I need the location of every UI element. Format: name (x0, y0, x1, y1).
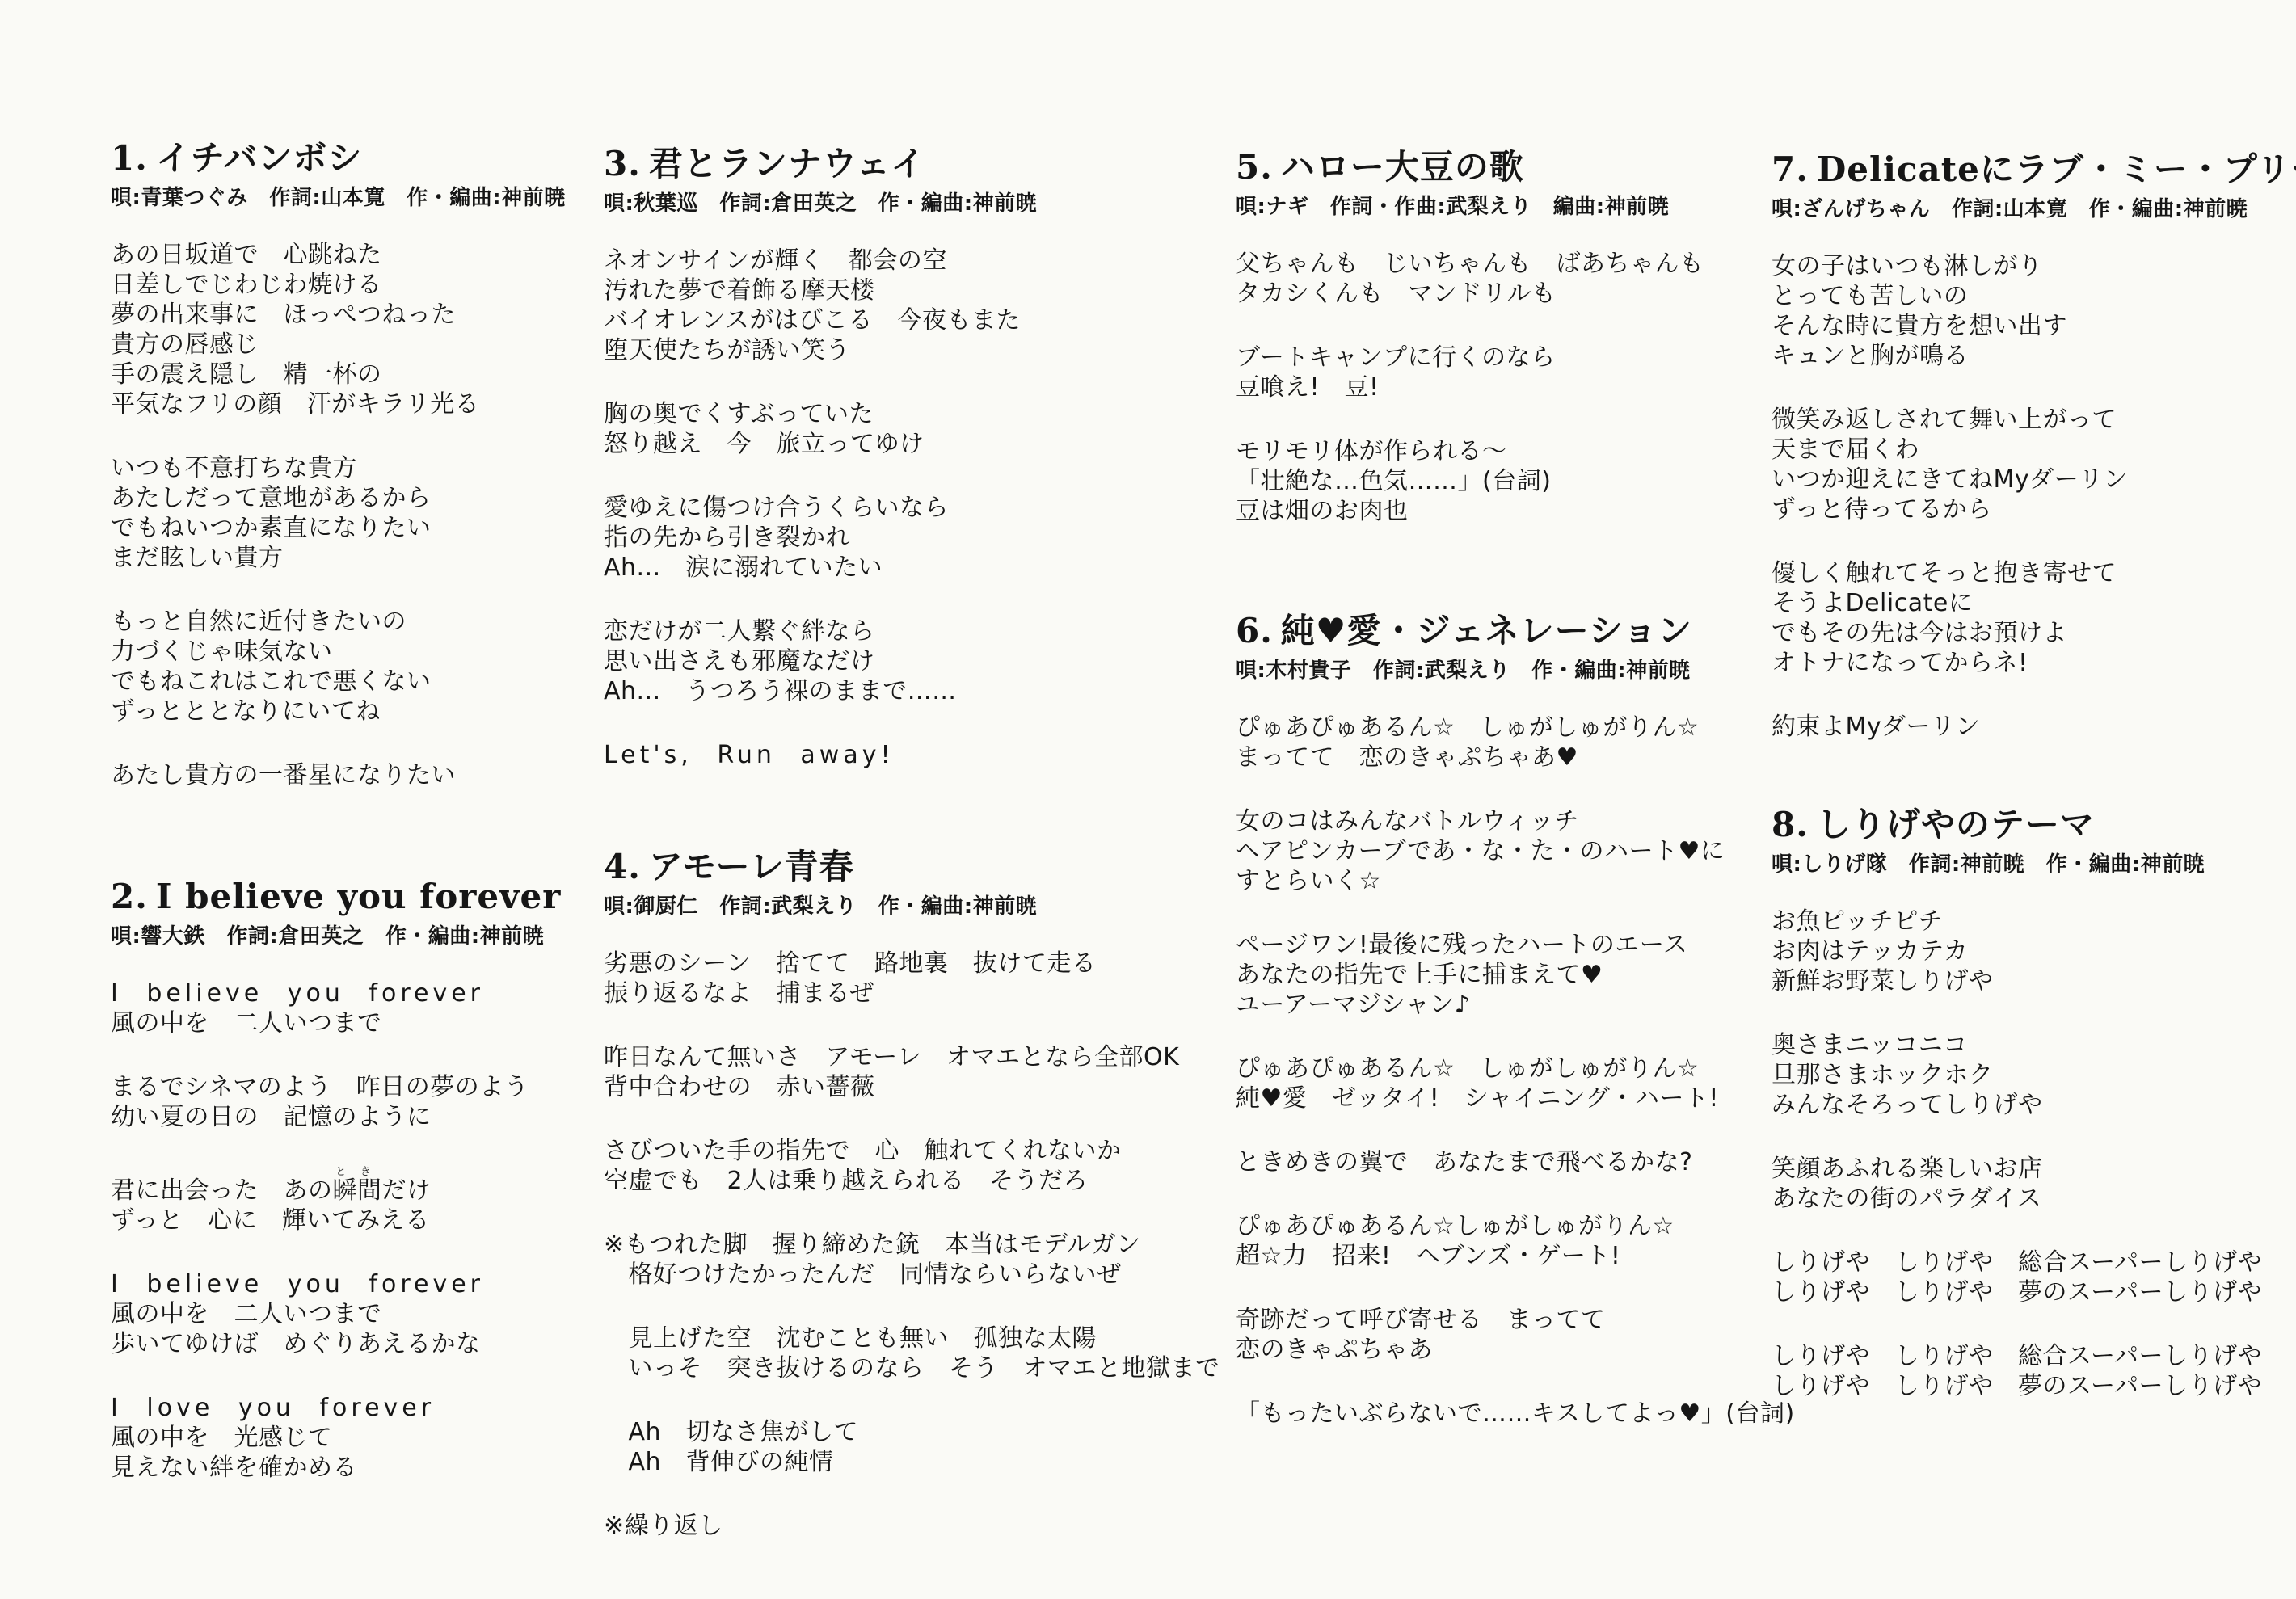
lyrics-stanza: 胸の奥でくすぶっていた怒り越え 今 旅立ってゆけ (604, 399, 1037, 459)
song-section: 4.アモーレ青春唄:御厨仁 作詞:武梨えり 作・編曲:神前暁劣悪のシーン 捨てて… (604, 848, 1220, 1541)
lyric-line: 見えない絆を確かめる (111, 1453, 561, 1483)
lyric-line: 風の中を 二人いつまで (111, 1299, 561, 1329)
lyric-line: 昨日なんて無いさ アモーレ オマエとなら全部OK (604, 1042, 1220, 1072)
song-title: 5.ハロー大豆の歌 (1236, 148, 1704, 187)
lyric-line: そんな時に貴方を想い出す (1772, 311, 2296, 341)
lyrics-stanza: 「もったいぶらないで……キスしてよっ♥」(台詞) (1236, 1399, 1795, 1429)
lyric-line: Let's, Run away! (604, 740, 1037, 770)
lyric-line: あの日坂道で 心跳ねた (111, 240, 566, 270)
lyrics-stanza: ページワン!最後に残ったハートのエースあなたの指先で上手に捕まえて♥ユーアーマジ… (1236, 930, 1795, 1020)
lyric-line: ぴゅあぴゅあるん☆ しゅがしゅがりん☆ (1236, 713, 1795, 743)
lyric-line: モリモリ体が作られる～ (1236, 436, 1704, 466)
lyric-line: バイオレンスがはびこる 今夜もまた (604, 305, 1037, 335)
lyric-line: いっそ 突き抜けるのなら そう オマエと地獄まで (604, 1353, 1220, 1383)
lyric-line: 貴方の唇感じ (111, 330, 566, 360)
lyric-line: 劣悪のシーン 捨てて 路地裏 抜けて走る (604, 949, 1220, 978)
lyric-line: いつか迎えにきてねMyダーリン (1772, 465, 2296, 494)
song-credits: 唄:御厨仁 作詞:武梨えり 作・編曲:神前暁 (604, 893, 1220, 920)
lyric-line: でもねいつか素直になりたい (111, 513, 566, 543)
lyric-line: まってて 恋のきゃぷちゃあ♥ (1236, 743, 1795, 772)
lyric-line: 奇跡だって呼び寄せる まってて (1236, 1305, 1795, 1335)
lyric-line: もっと自然に近付きたいの (111, 607, 566, 637)
lyrics-stanza: 奇跡だって呼び寄せる まってて恋のきゃぷちゃあ (1236, 1305, 1795, 1365)
track-number: 4. (604, 847, 641, 886)
track-number: 8. (1772, 805, 1809, 844)
lyric-line: 歩いてゆけば めぐりあえるかな (111, 1329, 561, 1359)
lyric-line: そうよDelicateに (1772, 588, 2296, 618)
lyric-line: ずっと 心に 輝いてみえる (111, 1206, 561, 1235)
lyric-line: ネオンサインが輝く 都会の空 (604, 246, 1037, 276)
lyric-line: 約束よMyダーリン (1772, 712, 2296, 742)
song-title: 3.君とランナウェイ (604, 145, 1037, 183)
lyric-line: 天まで届くわ (1772, 435, 2296, 465)
lyrics-stanza: 恋だけが二人繋ぐ絆なら思い出さえも邪魔なだけAh... うつろう裸のままで…… (604, 616, 1037, 706)
lyric-line: 女の子はいつも淋しがり (1772, 251, 2296, 281)
lyrics-stanza: ブートキャンプに行くのなら豆喰え! 豆! (1236, 343, 1704, 402)
lyrics-stanza: ぴゅあぴゅあるん☆ しゅがしゅがりん☆まってて 恋のきゃぷちゃあ♥ (1236, 713, 1795, 772)
lyrics-stanza: 君に出会った あの瞬間ときだけずっと 心に 輝いてみえる (111, 1166, 561, 1235)
lyric-line: お魚ピッチピチ (1772, 907, 2262, 936)
lyrics-stanza: ※繰り返し (604, 1511, 1220, 1541)
lyric-line: でもねこれはこれで悪くない (111, 667, 566, 696)
song-section: 6.純♥愛・ジェネレーション唄:木村貴子 作詞:武梨えり 作・編曲:神前暁ぴゅあ… (1236, 612, 1795, 1429)
lyric-line: I believe you forever (111, 1269, 561, 1299)
lyric-line: しりげや しりげや 夢のスーパーしりげや (1772, 1277, 2262, 1307)
track-number: 1. (111, 138, 148, 178)
lyrics-stanza: I believe you forever風の中を 二人いつまで歩いてゆけば め… (111, 1269, 561, 1359)
lyrics-stanza: 昨日なんて無いさ アモーレ オマエとなら全部OK背中合わせの 赤い薔薇 (604, 1042, 1220, 1102)
lyrics-stanza: あの日坂道で 心跳ねた日差しでじわじわ焼ける夢の出来事に ほっぺつねった貴方の唇… (111, 240, 566, 419)
lyric-line: 風の中を 二人いつまで (111, 1008, 561, 1038)
lyrics-stanza: 女のコはみんなバトルウィッチヘアピンカーブであ・な・た・のハート♥にすとらいく☆ (1236, 806, 1795, 896)
lyrics-stanza: ぴゅあぴゅあるん☆しゅがしゅがりん☆超☆力 招来! ヘブンズ・ゲート! (1236, 1211, 1795, 1271)
lyric-line: Ah... うつろう裸のままで…… (604, 676, 1037, 706)
lyric-line: 空虚でも 2人は乗り越えられる そうだろ (604, 1166, 1220, 1196)
lyric-line: 怒り越え 今 旅立ってゆけ (604, 429, 1037, 459)
lyric-line: 父ちゃんも じいちゃんも ばあちゃんも (1236, 249, 1704, 279)
lyric-line: ヘアピンカーブであ・な・た・のハート♥に (1236, 836, 1795, 866)
lyric-line: しりげや しりげや 夢のスーパーしりげや (1772, 1371, 2262, 1401)
lyric-line: Ah 背伸びの純情 (604, 1447, 1220, 1477)
lyric-line: 豆喰え! 豆! (1236, 372, 1704, 402)
lyrics-stanza: 劣悪のシーン 捨てて 路地裏 抜けて走る振り返るなよ 捕まるぜ (604, 949, 1220, 1008)
track-title: 君とランナウェイ (649, 144, 925, 183)
lyrics-stanza: 奥さまニッコニコ旦那さまホックホクみんなそろってしりげや (1772, 1030, 2262, 1120)
lyric-line: しりげや しりげや 総合スーパーしりげや (1772, 1248, 2262, 1277)
lyrics-stanza: お魚ピッチピチお肉はテッカテカ新鮮お野菜しりげや (1772, 907, 2262, 996)
lyric-line: 力づくじゃ味気ない (111, 637, 566, 667)
lyric-line: ブートキャンプに行くのなら (1236, 343, 1704, 372)
song-section: 8.しりげやのテーマ唄:しりげ隊 作詞:神前暁 作・編曲:神前暁お魚ピッチピチお… (1772, 806, 2262, 1401)
track-title: ハロー大豆の歌 (1281, 147, 1524, 187)
lyric-line: Ah 切なさ焦がして (604, 1417, 1220, 1447)
lyric-line: 旦那さまホックホク (1772, 1060, 2262, 1090)
lyric-line: ずっと待ってるから (1772, 494, 2296, 524)
lyric-line: 微笑み返しされて舞い上がって (1772, 405, 2296, 435)
song-credits: 唄:木村貴子 作詞:武梨えり 作・編曲:神前暁 (1236, 657, 1795, 684)
lyric-line: いつも不意打ちな貴方 (111, 453, 566, 483)
lyric-line: 堕天使たちが誘い笑う (604, 335, 1037, 365)
song-credits: 唄:響大鉄 作詞:倉田英之 作・編曲:神前暁 (111, 923, 561, 950)
lyric-line: 笑顔あふれる楽しいお店 (1772, 1154, 2262, 1184)
track-number: 7. (1772, 149, 1809, 189)
song-section: 5.ハロー大豆の歌唄:ナギ 作詞・作曲:武梨えり 編曲:神前暁父ちゃんも じいち… (1236, 148, 1704, 526)
lyrics-stanza: ネオンサインが輝く 都会の空汚れた夢で着飾る摩天楼バイオレンスがはびこる 今夜も… (604, 246, 1037, 365)
lyric-line: 君に出会った あの瞬間ときだけ (111, 1166, 561, 1206)
lyrics-stanza: モリモリ体が作られる～「壮絶な…色気……」(台詞)豆は畑のお肉也 (1236, 436, 1704, 526)
lyrics-stanza: 笑顔あふれる楽しいお店あなたの街のパラダイス (1772, 1154, 2262, 1214)
lyric-line: 優しく触れてそっと抱き寄せて (1772, 558, 2296, 588)
song-title: 2.I believe you forever (111, 877, 561, 916)
song-title: 7.Delicateにラブ・ミー・プリーズ (1772, 150, 2296, 189)
lyric-line: とっても苦しいの (1772, 281, 2296, 311)
track-title: しりげやのテーマ (1817, 805, 2095, 844)
lyric-line: ぴゅあぴゅあるん☆しゅがしゅがりん☆ (1236, 1211, 1795, 1241)
lyric-line: でもその先は今はお預けよ (1772, 618, 2296, 648)
lyrics-stanza: あたし貴方の一番星になりたい (111, 760, 566, 790)
lyric-line: I believe you forever (111, 978, 561, 1008)
lyrics-stanza: 見上げた空 沈むことも無い 孤独な太陽 いっそ 突き抜けるのなら そう オマエと… (604, 1323, 1220, 1383)
lyric-line: すとらいく☆ (1236, 866, 1795, 896)
lyrics-stanza: ※もつれた脚 握り締めた銃 本当はモデルガン 格好つけたかったんだ 同情ならいら… (604, 1230, 1220, 1290)
lyric-line: さびついた手の指先で 心 触れてくれないか (604, 1136, 1220, 1166)
lyrics-stanza: 微笑み返しされて舞い上がって天まで届くわいつか迎えにきてねMyダーリンずっと待っ… (1772, 405, 2296, 524)
lyric-line: ときめきの翼で あなたまで飛べるかな? (1236, 1147, 1795, 1177)
lyrics-stanza: 優しく触れてそっと抱き寄せてそうよDelicateにでもその先は今はお預けよオト… (1772, 558, 2296, 678)
lyric-line: 女のコはみんなバトルウィッチ (1236, 806, 1795, 836)
song-title: 4.アモーレ青春 (604, 848, 1220, 886)
lyric-line: しりげや しりげや 総合スーパーしりげや (1772, 1341, 2262, 1371)
lyrics-stanza: 父ちゃんも じいちゃんも ばあちゃんもタカシくんも マンドリルも (1236, 249, 1704, 309)
lyric-line: ずっとととなりにいてね (111, 696, 566, 726)
lyric-line: 思い出さえも邪魔なだけ (604, 646, 1037, 676)
lyrics-stanza: I believe you forever風の中を 二人いつまで (111, 978, 561, 1038)
song-section: 1.イチバンボシ唄:青葉つぐみ 作詞:山本寛 作・編曲:神前暁あの日坂道で 心跳… (111, 139, 566, 790)
lyric-line: ユーアーマジシャン♪ (1236, 990, 1795, 1020)
lyric-line: まるでシネマのよう 昨日の夢のよう (111, 1072, 561, 1102)
lyric-line: あなたの指先で上手に捕まえて♥ (1236, 960, 1795, 990)
lyric-line: あたし貴方の一番星になりたい (111, 760, 566, 790)
lyric-line: 胸の奥でくすぶっていた (604, 399, 1037, 429)
lyric-line: 超☆力 招来! ヘブンズ・ゲート! (1236, 1241, 1795, 1271)
song-credits: 唄:ナギ 作詞・作曲:武梨えり 編曲:神前暁 (1236, 193, 1704, 221)
track-number: 3. (604, 144, 641, 183)
lyric-line: 「もったいぶらないで……キスしてよっ♥」(台詞) (1236, 1399, 1795, 1429)
lyric-line: 汚れた夢で着飾る摩天楼 (604, 276, 1037, 305)
lyric-line: キュンと胸が鳴る (1772, 341, 2296, 371)
lyrics-stanza: いつも不意打ちな貴方あたしだって意地があるからでもねいつか素直になりたいまだ眩し… (111, 453, 566, 573)
lyrics-stanza: さびついた手の指先で 心 触れてくれないか空虚でも 2人は乗り越えられる そうだ… (604, 1136, 1220, 1196)
lyrics-stanza: しりげや しりげや 総合スーパーしりげやしりげや しりげや 夢のスーパーしりげや (1772, 1341, 2262, 1401)
booklet-page: 1.イチバンボシ唄:青葉つぐみ 作詞:山本寛 作・編曲:神前暁あの日坂道で 心跳… (0, 0, 2296, 1599)
song-section: 2.I believe you forever唄:響大鉄 作詞:倉田英之 作・編… (111, 877, 561, 1483)
song-title: 6.純♥愛・ジェネレーション (1236, 612, 1795, 650)
song-section: 3.君とランナウェイ唄:秋葉巡 作詞:倉田英之 作・編曲:神前暁ネオンサインが輝… (604, 145, 1037, 770)
lyrics-stanza: 愛ゆえに傷つけ合うくらいなら指の先から引き裂かれAh... 涙に溺れていたい (604, 493, 1037, 583)
lyric-line: 幼い夏の日の 記憶のように (111, 1102, 561, 1132)
lyric-line: 振り返るなよ 捕まるぜ (604, 978, 1220, 1008)
lyric-line: あなたの街のパラダイス (1772, 1184, 2262, 1214)
track-title: I believe you forever (156, 877, 562, 916)
lyric-line: 見上げた空 沈むことも無い 孤独な太陽 (604, 1323, 1220, 1353)
lyric-line: お肉はテッカテカ (1772, 936, 2262, 966)
lyric-line: みんなそろってしりげや (1772, 1090, 2262, 1120)
lyric-line: まだ眩しい貴方 (111, 543, 566, 573)
lyrics-stanza: ときめきの翼で あなたまで飛べるかな? (1236, 1147, 1795, 1177)
lyric-line: 平気なフリの顔 汗がキラリ光る (111, 389, 566, 419)
lyrics-stanza: もっと自然に近付きたいの力づくじゃ味気ないでもねこれはこれで悪くないずっとととな… (111, 607, 566, 726)
lyric-line: Ah... 涙に溺れていたい (604, 553, 1037, 583)
track-title: イチバンボシ (156, 138, 362, 178)
lyrics-stanza: I love you forever風の中を 光感じて見えない絆を確かめる (111, 1393, 561, 1483)
lyric-line: 奥さまニッコニコ (1772, 1030, 2262, 1060)
lyric-line: 格好つけたかったんだ 同情ならいらないぜ (604, 1260, 1220, 1290)
lyric-line: I love you forever (111, 1393, 561, 1423)
song-title: 1.イチバンボシ (111, 139, 566, 178)
lyrics-stanza: しりげや しりげや 総合スーパーしりげやしりげや しりげや 夢のスーパーしりげや (1772, 1248, 2262, 1307)
lyric-line: 日差しでじわじわ焼ける (111, 270, 566, 300)
song-credits: 唄:ざんげちゃん 作詞:山本寛 作・編曲:神前暁 (1772, 196, 2296, 223)
lyric-line: ※もつれた脚 握り締めた銃 本当はモデルガン (604, 1230, 1220, 1260)
lyrics-stanza: ぴゅあぴゅあるん☆ しゅがしゅがりん☆純♥愛 ゼッタイ! シャイニング・ハート! (1236, 1054, 1795, 1113)
track-title: 純♥愛・ジェネレーション (1281, 611, 1692, 650)
lyric-line: ページワン!最後に残ったハートのエース (1236, 930, 1795, 960)
lyric-line: 恋のきゃぷちゃあ (1236, 1335, 1795, 1365)
track-number: 2. (111, 877, 148, 916)
track-title: Delicateにラブ・ミー・プリーズ (1817, 149, 2296, 189)
lyrics-stanza: 約束よMyダーリン (1772, 712, 2296, 742)
track-number: 6. (1236, 611, 1273, 650)
song-title: 8.しりげやのテーマ (1772, 806, 2262, 844)
lyric-line: 新鮮お野菜しりげや (1772, 966, 2262, 996)
lyric-line: 恋だけが二人繋ぐ絆なら (604, 616, 1037, 646)
lyrics-stanza: 女の子はいつも淋しがりとっても苦しいのそんな時に貴方を想い出すキュンと胸が鳴る (1772, 251, 2296, 371)
track-title: アモーレ青春 (649, 847, 854, 886)
lyrics-stanza: Ah 切なさ焦がして Ah 背伸びの純情 (604, 1417, 1220, 1477)
song-credits: 唄:青葉つぐみ 作詞:山本寛 作・編曲:神前暁 (111, 184, 566, 212)
song-section: 7.Delicateにラブ・ミー・プリーズ唄:ざんげちゃん 作詞:山本寛 作・編… (1772, 150, 2296, 742)
lyrics-stanza: まるでシネマのよう 昨日の夢のよう幼い夏の日の 記憶のように (111, 1072, 561, 1132)
lyric-line: 背中合わせの 赤い薔薇 (604, 1072, 1220, 1102)
lyric-line: 夢の出来事に ほっぺつねった (111, 300, 566, 330)
lyric-line: ぴゅあぴゅあるん☆ しゅがしゅがりん☆ (1236, 1054, 1795, 1084)
lyric-line: 風の中を 光感じて (111, 1423, 561, 1453)
lyric-line: タカシくんも マンドリルも (1236, 279, 1704, 309)
lyrics-stanza: Let's, Run away! (604, 740, 1037, 770)
lyric-line: 手の震え隠し 精一杯の (111, 360, 566, 389)
lyric-line: 「壮絶な…色気……」(台詞) (1236, 466, 1704, 496)
lyric-line: 豆は畑のお肉也 (1236, 496, 1704, 526)
lyric-line: 指の先から引き裂かれ (604, 523, 1037, 553)
lyric-line: オトナになってからネ! (1772, 648, 2296, 678)
song-credits: 唄:しりげ隊 作詞:神前暁 作・編曲:神前暁 (1772, 851, 2262, 878)
lyric-line: 愛ゆえに傷つけ合うくらいなら (604, 493, 1037, 523)
lyric-line: ※繰り返し (604, 1511, 1220, 1541)
lyric-line: あたしだって意地があるから (111, 483, 566, 513)
track-number: 5. (1236, 147, 1273, 187)
song-credits: 唄:秋葉巡 作詞:倉田英之 作・編曲:神前暁 (604, 190, 1037, 217)
lyric-line: 純♥愛 ゼッタイ! シャイニング・ハート! (1236, 1084, 1795, 1113)
